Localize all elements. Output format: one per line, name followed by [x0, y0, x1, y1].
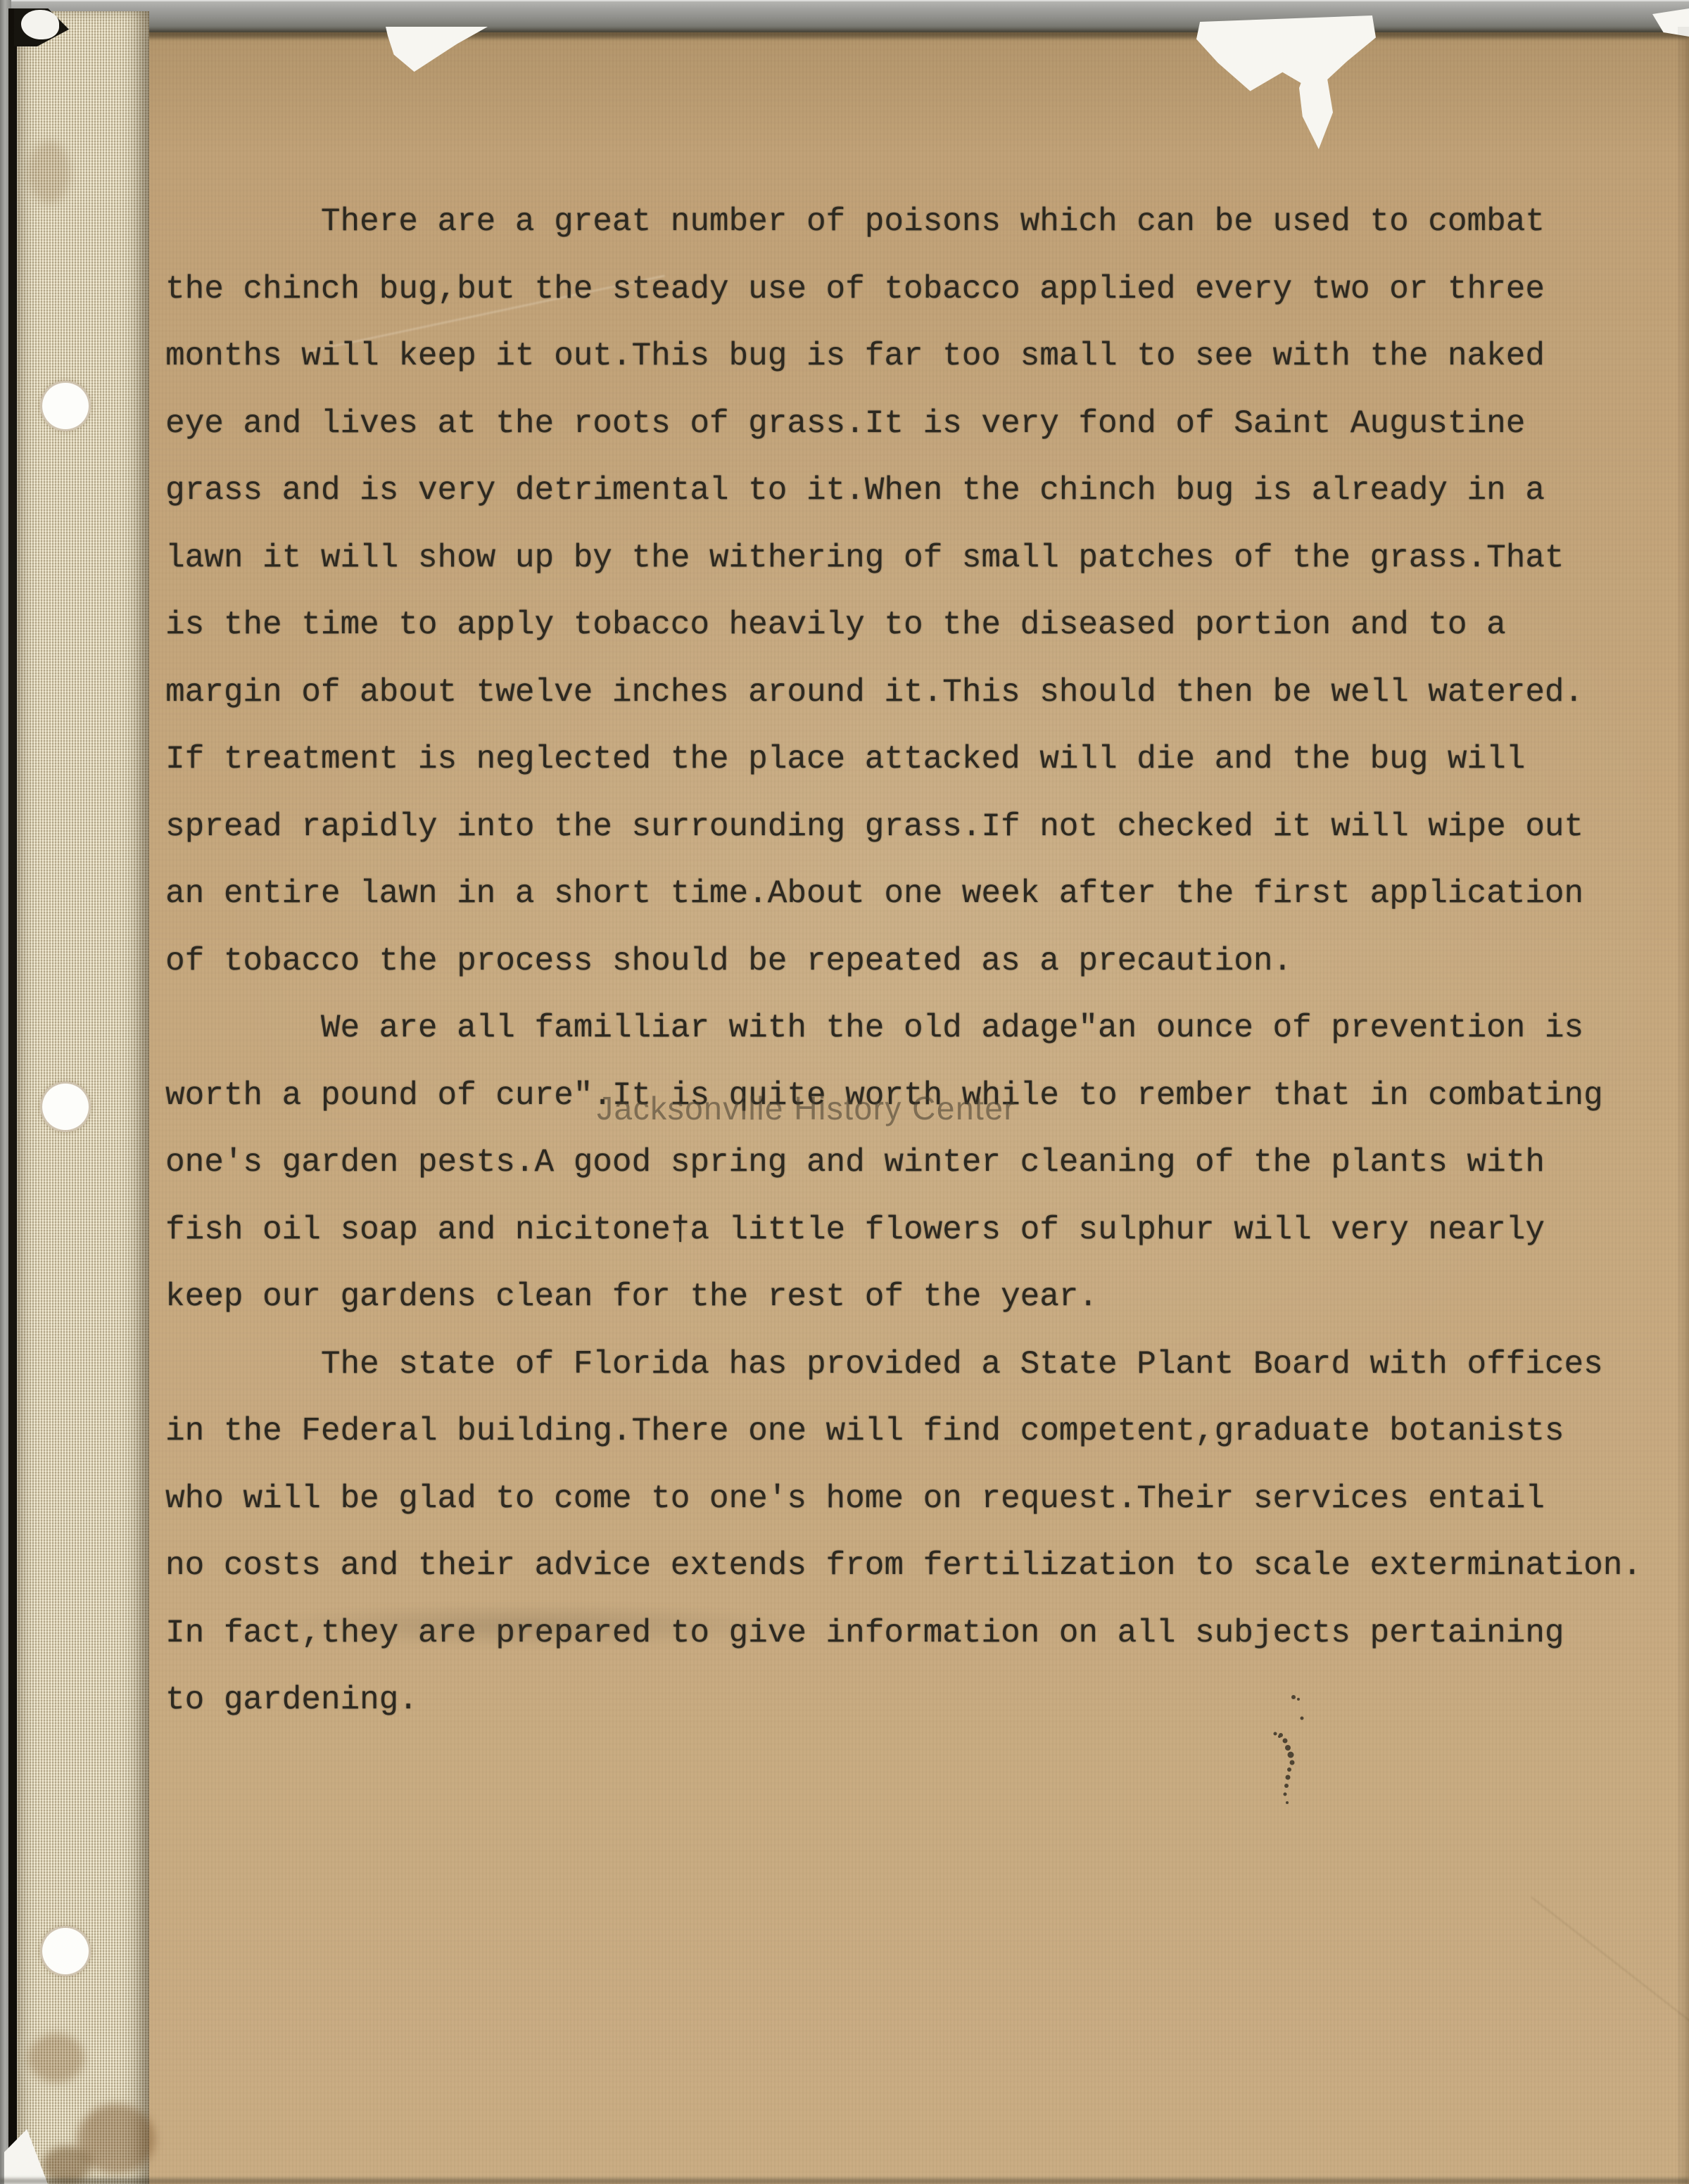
typed-text-block: There are a great number of poisons whic… — [165, 189, 1678, 1734]
cloth-stain — [28, 2033, 84, 2083]
cloth-stain — [28, 141, 70, 204]
typed-line: to gardening. — [165, 1667, 1678, 1734]
typed-line: no costs and their advice extends from f… — [165, 1532, 1678, 1600]
punch-hole — [40, 1926, 91, 1976]
paper-edge-shade — [1678, 27, 1689, 2184]
typed-line: eye and lives at the roots of grass.It i… — [165, 391, 1678, 458]
watermark-text: Jacksonville History Center — [597, 1089, 1016, 1127]
typed-line: who will be glad to come to one's home o… — [165, 1466, 1678, 1533]
paper-edge-shade — [0, 2178, 1689, 2184]
typed-line: The state of Florida has provided a Stat… — [165, 1331, 1678, 1399]
typed-line: the chinch bug,but the steady use of tob… — [165, 256, 1678, 324]
typed-line: keep our gardens clean for the rest of t… — [165, 1264, 1678, 1331]
typed-line: margin of about twelve inches around it.… — [165, 659, 1678, 727]
typed-line: If treatment is neglected the place atta… — [165, 726, 1678, 794]
typed-line: one's garden pests.A good spring and win… — [165, 1129, 1678, 1197]
scanned-document-page: There are a great number of poisons whic… — [0, 0, 1689, 2184]
typed-line: grass and is very detrimental to it.When… — [165, 457, 1678, 525]
typed-line: an entire lawn in a short time.About one… — [165, 861, 1678, 928]
typed-line: in the Federal building.There one will f… — [165, 1398, 1678, 1466]
punch-hole — [40, 381, 91, 431]
page-top-shadow — [144, 30, 1689, 38]
typed-line: lawn it will show up by the withering of… — [165, 525, 1678, 592]
scanner-top-edge — [0, 0, 1689, 32]
typed-line: months will keep it out.This bug is far … — [165, 323, 1678, 391]
punch-hole — [40, 1081, 91, 1132]
typed-line: fish oil soap and nicitone†a little flow… — [165, 1197, 1678, 1264]
typed-line: of tobacco the process should be repeate… — [165, 928, 1678, 996]
typed-line: spread rapidly into the surrounding gras… — [165, 794, 1678, 861]
torn-paper-shard — [21, 10, 59, 39]
typed-line: We are all familliar with the old adage"… — [165, 995, 1678, 1062]
typed-line: In fact,they are prepared to give inform… — [165, 1600, 1678, 1668]
typed-line: There are a great number of poisons whic… — [165, 189, 1678, 256]
typed-line: is the time to apply tobacco heavily to … — [165, 592, 1678, 659]
